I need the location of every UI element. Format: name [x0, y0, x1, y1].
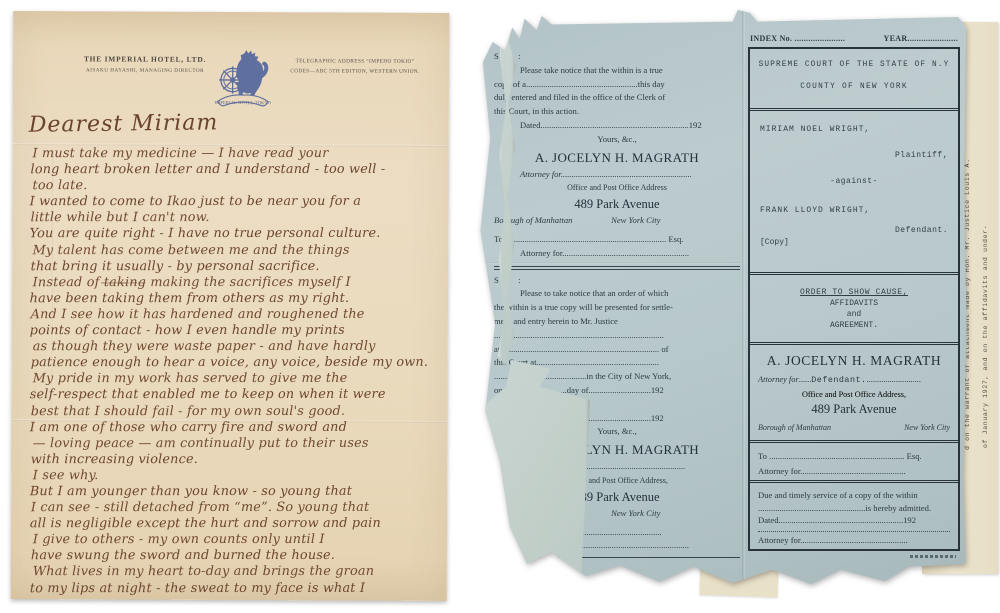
legal-form-line: ment and entry herein to Mr. Justice	[494, 315, 740, 329]
to-esq-line: To .....................................…	[758, 449, 950, 464]
legal-form-line: at .....................................…	[494, 343, 740, 357]
document-title-line: AFFIDAVITS	[750, 298, 958, 309]
telegraphic-address-line: TELEGRAPHIC ADDRESS “IMPEHO TOKIO”	[271, 58, 439, 65]
legal-form-line	[494, 266, 740, 270]
legal-form-line: A. JOCELYN H. MAGRATH	[494, 147, 740, 168]
handwritten-line: And I see how it has hardened and roughe…	[31, 307, 438, 323]
legal-form-line: Office and Post Office Address	[494, 181, 740, 195]
legal-form-line: copy of a...............................…	[494, 78, 740, 92]
service-line: Attorney for............................…	[758, 534, 950, 547]
attorney-name: A. JOCELYN H. MAGRATH	[750, 353, 958, 369]
handwritten-line: My talent has come between me and the th…	[33, 242, 438, 258]
legal-cover-wrapper: Sir :Please take notice that the within …	[478, 10, 968, 590]
salutation: Dearest Miriam	[29, 110, 219, 137]
handwritten-line: too late.	[33, 178, 438, 194]
attorney-for-line: Attorney for............................…	[758, 464, 950, 479]
typed-vertical-line: of January 1927, and on the affidavits a…	[982, 68, 989, 448]
handwritten-line: — loving peace — am continually put to t…	[33, 436, 438, 452]
handwritten-line: as though they were waste paper - and ha…	[33, 339, 438, 355]
handwritten-line: My pride in my work has served to give m…	[33, 371, 438, 387]
company-name: THE IMPERIAL HOTEL, LTD.	[69, 54, 221, 64]
service-line: Due and timely service of a copy of the …	[758, 489, 950, 502]
document-title-line: and	[750, 309, 958, 320]
handwritten-line: I can see - still detached from “me”. So…	[31, 500, 438, 516]
crest-banner-label: IMPERIAL HOTEL TOKYO	[215, 100, 272, 105]
printer-imprint	[910, 555, 956, 558]
attorney-for-label: Attorney for	[758, 375, 799, 384]
index-label: INDEX No. ......................	[750, 34, 845, 43]
borough-label: Borough of Manhattan	[758, 423, 831, 432]
handwritten-line: I must take my medicine — I have read yo…	[33, 146, 438, 162]
legal-form-line: To......................................…	[494, 233, 740, 247]
legal-form-line: this Court, in this action.	[494, 105, 740, 119]
attorney-for-value: Defendant.	[811, 375, 866, 385]
handwritten-line: long heart broken letter and I understan…	[31, 162, 438, 178]
letter-body: I must take my medicine — I have read yo…	[30, 146, 438, 597]
codes-line: CODES—ABC 5TH EDITION, WESTERN UNION.	[271, 68, 439, 75]
plaintiff-role: Plaintiff,	[760, 151, 948, 160]
document-title-line: ORDER TO SHOW CAUSE,	[750, 287, 958, 298]
handwritten-line: I wanted to come to Ikao just to be near…	[30, 194, 438, 210]
borough-city-row: Borough of Manhattan New York City	[750, 423, 958, 432]
court-name: SUPREME COURT OF THE STATE OF N.Y	[750, 61, 958, 69]
handwritten-line: But I am younger than you know - so youn…	[30, 484, 438, 500]
handwritten-line: with increasing violence.	[31, 452, 438, 468]
legal-right-column: INDEX No. ...................... YEAR...…	[748, 34, 960, 551]
fold-crease	[742, 10, 745, 590]
handwritten-line: I am one of those who carry fire and swo…	[30, 419, 438, 435]
legal-form-line: the within is a true copy will be presen…	[494, 301, 740, 315]
legal-form-line: ........................................…	[494, 329, 740, 343]
handwritten-line: have been taking them from others as my …	[30, 291, 438, 307]
handwritten-line: all is negligible except the hurt and so…	[30, 516, 438, 532]
handwritten-line: have swung the sword and burned the hous…	[31, 548, 438, 564]
legal-form-line: Yours, &c.,	[494, 133, 740, 147]
defendant-name: FRANK LLOYD WRIGHT,	[760, 206, 948, 215]
attorney-for-row: Attorney for......Defendant.............…	[750, 375, 958, 385]
to-attorney-block: To .....................................…	[750, 443, 958, 483]
legal-form-line: Borough of Manhattan New York City	[494, 214, 740, 228]
defendant-role: Defendant.	[760, 226, 948, 235]
photograph-of-documents: THE IMPERIAL HOTEL, LTD. AISAKU HAYASHI,…	[0, 0, 1000, 613]
court-header: SUPREME COURT OF THE STATE OF N.Y COUNTY…	[750, 49, 958, 111]
legal-form-line: 489 Park Avenue	[494, 195, 740, 214]
handwritten-line: best that I should fail - for my own sou…	[31, 403, 438, 419]
letterhead-right-block: TELEGRAPHIC ADDRESS “IMPEHO TOKIO” CODES…	[271, 58, 439, 75]
index-year-row: INDEX No. ...................... YEAR...…	[748, 34, 960, 43]
document-title-line: AGREEMENT.	[750, 320, 958, 331]
legal-form-line: Sir :	[494, 50, 740, 64]
leader-dots: ..........................	[867, 375, 921, 384]
case-caption: MIRIAM NOEL WRIGHT, Plaintiff, -against-…	[750, 111, 958, 275]
service-line: Dated...................................…	[758, 514, 950, 527]
service-line: ........................................…	[758, 502, 950, 515]
against-label: -against-	[760, 177, 948, 186]
handwritten-line: I see why.	[33, 468, 438, 484]
attorney-block: A. JOCELYN H. MAGRATH Attorney for......…	[750, 345, 958, 443]
document-title-block: ORDER TO SHOW CAUSE, AFFIDAVITS and AGRE…	[750, 275, 958, 345]
letterhead-left-block: THE IMPERIAL HOTEL, LTD. AISAKU HAYASHI,…	[69, 54, 221, 74]
letter-page: THE IMPERIAL HOTEL, LTD. AISAKU HAYASHI,…	[11, 11, 450, 601]
city-label: New York City	[904, 423, 950, 432]
plaintiff-name: MIRIAM NOEL WRIGHT,	[760, 125, 948, 134]
legal-cover-page: Sir :Please take notice that the within …	[478, 10, 968, 590]
handwritten-line: What lives in my heart to-day and brings…	[33, 564, 438, 580]
case-form-box: SUPREME COURT OF THE STATE OF N.Y COUNTY…	[748, 47, 960, 551]
handwritten-line: that bring it usually - by personal sacr…	[31, 258, 438, 274]
legal-form-line: Please to take notice that an order of w…	[494, 287, 740, 301]
handwritten-line: Instead of t̶a̶k̶i̶n̶g̶ making the sacri…	[33, 275, 438, 291]
service-admission-block: Due and timely service of a copy of the …	[750, 483, 958, 549]
managing-director-line: AISAKU HAYASHI, MANAGING DIRECTOR	[69, 67, 221, 74]
legal-form-line: duly entered and filed in the office of …	[494, 91, 740, 105]
handwritten-line: I give to others - my own counts only un…	[33, 532, 438, 548]
street-address: 489 Park Avenue	[750, 402, 958, 417]
office-address-label: Office and Post Office Address,	[750, 390, 958, 399]
legal-form-line: Dated...................................…	[494, 119, 740, 133]
handwritten-line: You are quite right - I have no true per…	[30, 226, 438, 242]
copy-label: [Copy]	[760, 238, 948, 247]
county-name: COUNTY OF NEW YORK	[750, 83, 958, 91]
dotted-divider	[758, 531, 950, 532]
handwritten-line: patience enough to hear a voice, any voi…	[31, 355, 438, 371]
legal-form-line: Attorney for............................…	[494, 168, 740, 182]
crest-banner: IMPERIAL HOTEL TOKYO	[215, 95, 272, 106]
leader-dots: ......	[799, 375, 812, 384]
handwritten-line: self-respect that enabled me to keep on …	[30, 387, 438, 403]
hotel-crest: IMPERIAL HOTEL TOKYO	[213, 38, 273, 122]
legal-form-line: Please take notice that the within is a …	[494, 64, 740, 78]
handwritten-line: little while but I can't now.	[31, 210, 438, 226]
legal-form-line: Attorney for............................…	[494, 247, 740, 261]
lion-icon	[235, 50, 268, 98]
handwritten-line: points of contact - how I even handle my…	[30, 323, 438, 339]
handwritten-line: to my lips at night - the sweat to my fa…	[30, 580, 438, 596]
legal-form-line: Sir :	[494, 274, 740, 288]
year-label: YEAR......................	[884, 34, 958, 43]
